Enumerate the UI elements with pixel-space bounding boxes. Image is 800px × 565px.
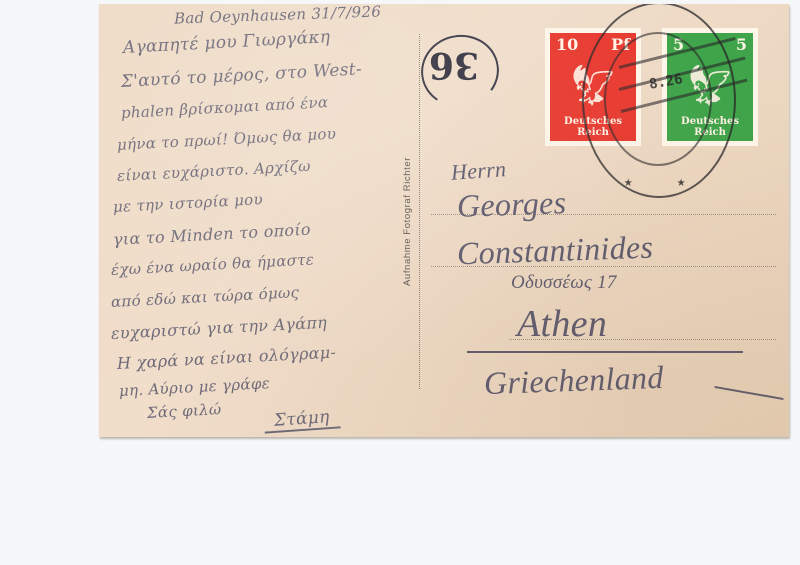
message-closing: Σάς φιλώ: [147, 400, 222, 422]
signature: Στάμη: [263, 406, 340, 433]
cancel-number: 36: [429, 44, 479, 86]
message-line: με την ιστορία μου: [113, 190, 264, 216]
stamp-denomination: 10: [556, 35, 578, 54]
message-line: Η χαρά να είναι ολόγραμ-: [117, 343, 337, 373]
message-line: ευχαριστώ για την Αγάπη: [111, 313, 328, 343]
address-street: Οδυσσέως 17: [511, 272, 617, 294]
message-line: μήνα το πρωί! Όμως θα μου: [117, 125, 337, 154]
postcard: Bad Oeynhausen 31/7/926 Αγαπητέ μου Γιωρ…: [99, 4, 789, 437]
message-line: Αγαπητέ μου Γιωργάκη: [122, 27, 330, 58]
publisher-imprint: Aufnahme Fotograf Richter: [402, 157, 413, 286]
stamp-unit: 5: [736, 35, 747, 54]
message-line: από εδώ και τώρα όμως: [111, 283, 300, 311]
address-last-name: Constantinides: [456, 229, 653, 273]
address-city: Athen: [517, 302, 607, 346]
center-divider: [419, 34, 420, 389]
message-line: Σ'αυτό το μέρος, στο West-: [120, 59, 362, 92]
message-line: έχω ένα ωραίο θα ήμαστε: [111, 250, 315, 279]
postmark-inner-ring: [604, 32, 712, 166]
message-line: μη. Αύριο με γράφε: [119, 374, 271, 400]
message-line: για το Minden το οποίο: [113, 220, 312, 249]
message-line: phalen βρίσκομαι από ένα: [121, 93, 329, 122]
address-underline: [467, 351, 743, 353]
country-flourish: [714, 386, 783, 400]
address-first-name: Georges: [456, 184, 567, 225]
message-line: είναι ευχάριστο. Αρχίζω: [117, 157, 312, 185]
address-salutation: Herrn: [450, 156, 507, 186]
postmark-stars: ★ ★: [624, 174, 703, 190]
message-dateline: Bad Oeynhausen 31/7/926: [174, 4, 382, 28]
address-country: Griechenland: [483, 359, 664, 402]
